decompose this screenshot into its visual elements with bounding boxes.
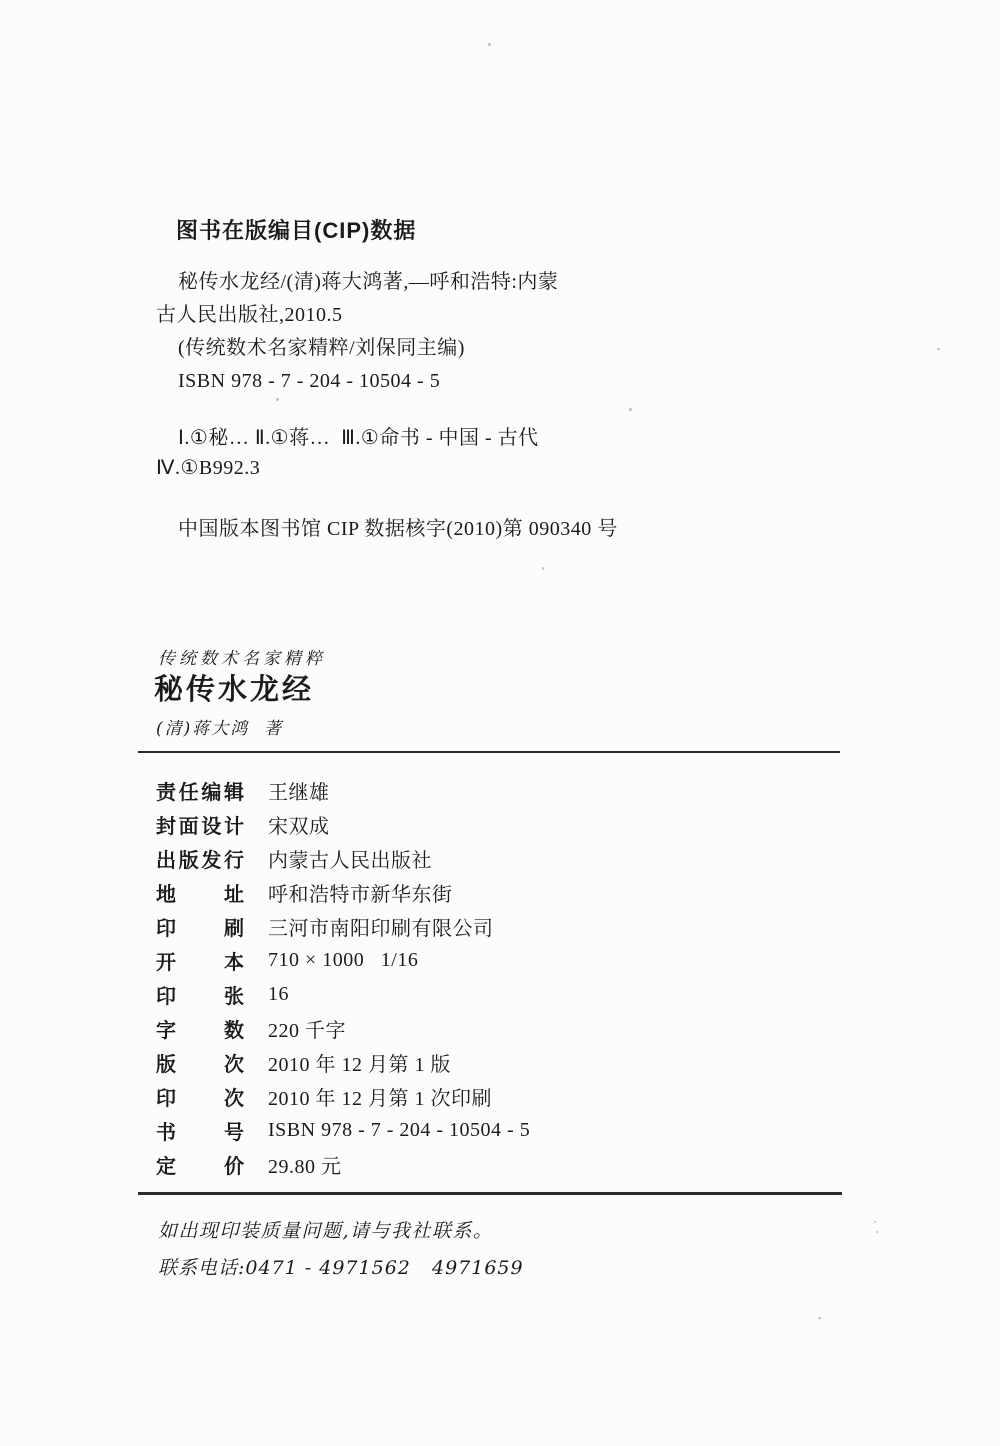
row-value: 呼和浩特市新华东街 <box>268 878 453 907</box>
scan-speck <box>488 43 491 46</box>
table-row: 书号 ISBN 978 - 7 - 204 - 10504 - 5 <box>156 1113 530 1147</box>
author-line: (清)蒋大鸿 著 <box>156 714 283 739</box>
row-label: 定价 <box>156 1150 244 1179</box>
cip-line: (传统数术名家精粹/刘保同主编) <box>156 332 756 365</box>
row-label: 字数 <box>156 1014 244 1043</box>
cip-line: 古人民出版社,2010.5 <box>156 299 756 332</box>
book-title: 秘传水龙经 <box>154 676 314 705</box>
row-label: 书号 <box>156 1116 244 1145</box>
row-value: 三河市南阳印刷有限公司 <box>268 912 494 941</box>
divider-top <box>138 751 840 753</box>
table-row: 责任编辑 王继雄 <box>156 773 530 807</box>
scan-speck <box>876 1231 878 1233</box>
table-row: 封面设计 宋双成 <box>156 807 530 841</box>
row-label: 地址 <box>156 878 244 907</box>
row-label: 印刷 <box>156 912 244 941</box>
row-value: 29.80 元 <box>268 1150 342 1179</box>
cip-heading: 图书在版编目(CIP)数据 <box>176 214 416 245</box>
row-value: 内蒙古人民出版社 <box>268 844 432 873</box>
table-row: 印张 16 <box>156 977 530 1011</box>
table-row: 版次 2010 年 12 月第 1 版 <box>156 1045 530 1079</box>
row-value: 2010 年 12 月第 1 版 <box>268 1048 451 1077</box>
series-name: 传统数术名家精粹 <box>158 644 326 669</box>
cip-isbn-line: ISBN 978 - 7 - 204 - 10504 - 5 <box>156 365 756 398</box>
copyright-page: 图书在版编目(CIP)数据 秘传水龙经/(清)蒋大鸿著,—呼和浩特:内蒙 古人民… <box>0 0 1000 1446</box>
row-value: 王继雄 <box>268 776 330 805</box>
row-label: 出版发行 <box>156 844 244 873</box>
contact-phone: 联系电话:0471 - 4971562 4971659 <box>158 1253 524 1280</box>
row-label: 版次 <box>156 1048 244 1077</box>
row-value: 2010 年 12 月第 1 次印刷 <box>268 1082 492 1111</box>
row-label: 印次 <box>156 1082 244 1111</box>
row-value: 16 <box>268 983 289 1006</box>
row-value: ISBN 978 - 7 - 204 - 10504 - 5 <box>268 1119 530 1142</box>
table-row: 开本 710 × 1000 1/16 <box>156 943 530 977</box>
table-row: 字数 220 千字 <box>156 1011 530 1045</box>
scan-speck <box>542 567 544 570</box>
row-label: 印张 <box>156 980 244 1009</box>
scan-speck <box>874 1221 876 1223</box>
table-row: 印刷 三河市南阳印刷有限公司 <box>156 909 530 943</box>
table-row: 定价 29.80 元 <box>156 1147 530 1181</box>
row-label: 开本 <box>156 946 244 975</box>
divider-bottom <box>138 1192 842 1195</box>
quality-notice: 如出现印装质量问题,请与我社联系。 <box>158 1216 494 1243</box>
row-label: 封面设计 <box>156 810 244 839</box>
scan-speck <box>629 408 632 411</box>
cip-class-line: Ⅰ.①秘… Ⅱ.①蒋… Ⅲ.①命书 - 中国 - 古代 <box>156 423 756 453</box>
cip-line: 秘传水龙经/(清)蒋大鸿著,—呼和浩特:内蒙 <box>156 266 756 299</box>
cip-classification: Ⅰ.①秘… Ⅱ.①蒋… Ⅲ.①命书 - 中国 - 古代 Ⅳ.①B992.3 <box>156 423 756 483</box>
scan-speck <box>818 1317 821 1319</box>
row-value: 宋双成 <box>268 810 330 839</box>
scan-speck <box>276 398 279 401</box>
table-row: 印次 2010 年 12 月第 1 次印刷 <box>156 1079 530 1113</box>
row-label: 责任编辑 <box>156 776 244 805</box>
table-row: 地址 呼和浩特市新华东街 <box>156 875 530 909</box>
table-row: 出版发行 内蒙古人民出版社 <box>156 841 530 875</box>
cip-class-line: Ⅳ.①B992.3 <box>156 453 756 483</box>
colophon-table: 责任编辑 王继雄 封面设计 宋双成 出版发行 内蒙古人民出版社 地址 呼和浩特市… <box>156 773 530 1181</box>
scan-speck <box>937 348 940 350</box>
cip-registry-note: 中国版本图书馆 CIP 数据核字(2010)第 090340 号 <box>178 512 618 541</box>
row-value: 710 × 1000 1/16 <box>268 949 418 972</box>
row-value: 220 千字 <box>268 1014 346 1043</box>
cip-description: 秘传水龙经/(清)蒋大鸿著,—呼和浩特:内蒙 古人民出版社,2010.5 (传统… <box>156 266 756 398</box>
